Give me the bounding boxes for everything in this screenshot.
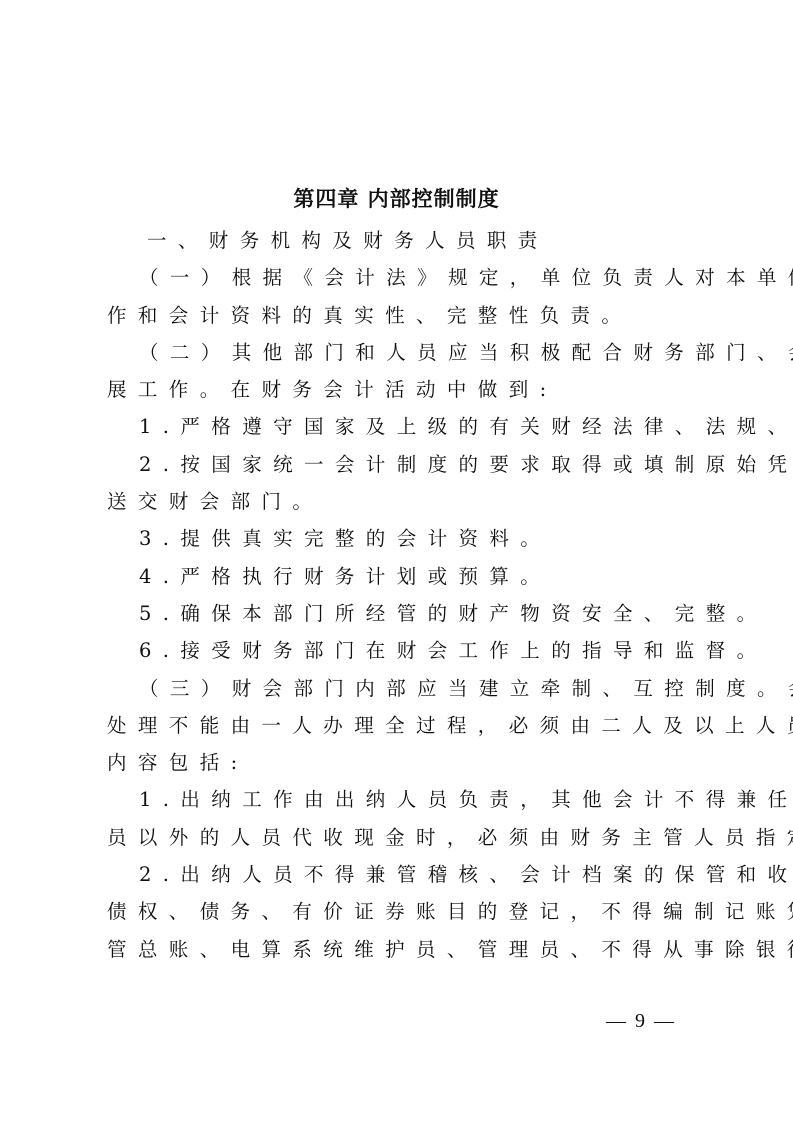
list-item-line: 管总账、电算系统维护员、管理员、不得从事除银行存款日记账、 xyxy=(107,931,697,968)
paragraph-line: 作和会计资料的真实性、完整性负责。 xyxy=(107,297,697,334)
list-item-line: 2.出纳人员不得兼管稽核、会计档案的保管和收入、费用、 xyxy=(107,856,697,893)
list-item-line: 1.出纳工作由出纳人员负责，其他会计不得兼任出纳。出纳 xyxy=(107,781,697,818)
paragraph-line: （一）根据《会计法》规定，单位负责人对本单位的会计工 xyxy=(107,259,697,296)
paragraph-line: 处理不能由一人办理全过程，必须由二人及以上人员处理。具体 xyxy=(107,707,697,744)
paragraph-line: 内容包括: xyxy=(107,744,697,781)
document-page: 第四章 内部控制制度 一、财务机构及财务人员职责 （一）根据《会计法》规定，单位… xyxy=(0,0,793,1122)
list-item-line: 债权、债务、有价证券账目的登记，不得编制记账凭证、不得兼 xyxy=(107,893,697,930)
list-item-line: 送交财会部门。 xyxy=(107,483,697,520)
paragraph-line: 展工作。在财务会计活动中做到: xyxy=(107,371,697,408)
section-heading: 一、财务机构及财务人员职责 xyxy=(107,222,697,259)
list-item-line: 3.提供真实完整的会计资料。 xyxy=(107,520,697,557)
list-item-line: 4.严格执行财务计划或预算。 xyxy=(107,558,697,595)
list-item-line: 6.接受财务部门在财会工作上的指导和监督。 xyxy=(107,632,697,669)
paragraph-line: （三）财会部门内部应当建立牵制、互控制度。会计事项的 xyxy=(107,670,697,707)
list-item-line: 5.确保本部门所经管的财产物资安全、完整。 xyxy=(107,595,697,632)
list-item-line: 2.按国家统一会计制度的要求取得或填制原始凭证并及时 xyxy=(107,446,697,483)
page-number: — 9 — xyxy=(606,1010,676,1033)
list-item-line: 员以外的人员代收现金时，必须由财务主管人员指定。 xyxy=(107,819,697,856)
list-item-line: 1.严格遵守国家及上级的有关财经法律、法规、规章、制度。 xyxy=(107,408,697,445)
chapter-title: 第四章 内部控制制度 xyxy=(0,184,793,214)
paragraph-line: （二）其他部门和人员应当积极配合财务部门、会计人员开 xyxy=(107,334,697,371)
body-text: 一、财务机构及财务人员职责 （一）根据《会计法》规定，单位负责人对本单位的会计工… xyxy=(107,222,697,968)
